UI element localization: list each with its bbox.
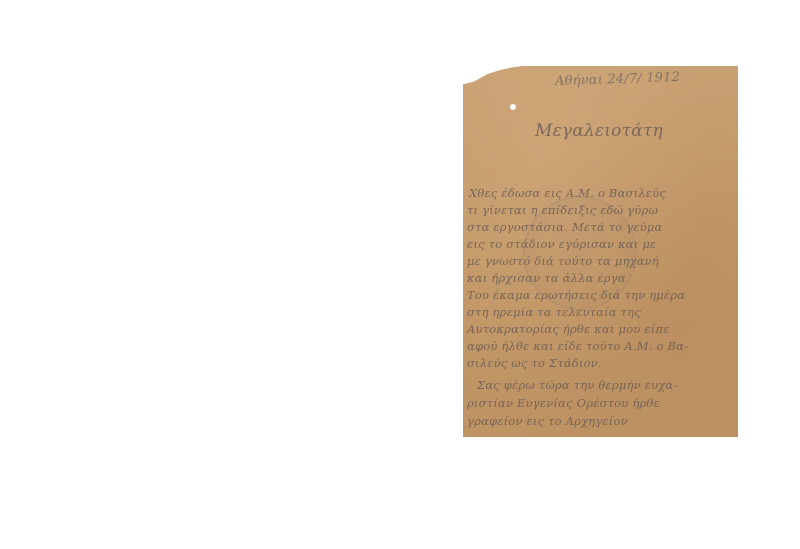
body-line: ριστίαν Ευγενίας Ορέστου ήρθε: [467, 396, 660, 410]
body-line: Χθες έδωσα εις Α.Μ. ο Βασιλεύς: [469, 186, 666, 200]
body-line: με γνωστό διά τούτο τα μηχανή: [467, 254, 659, 268]
body-line: και ήρχισαν τα άλλα έργα: [467, 271, 626, 285]
letter-paper: Αθήναι 24/7/ 1912 Μεγαλειοτάτη Χθες έδωσ…: [463, 66, 738, 437]
salutation: Μεγαλειοτάτη: [535, 121, 663, 141]
body-line: στη ηρεμία τα τελευταία της: [467, 305, 641, 319]
body-line: σιλεύς ως το Στάδιον.: [467, 356, 602, 370]
body-line: Αυτοκρατορίας ήρθε και μου είπε: [467, 322, 670, 336]
dateline: Αθήναι 24/7/ 1912: [555, 70, 681, 89]
body-line: στα εργοστάσια. Μετά το γεύμα: [467, 220, 663, 234]
body-line: Σας φέρω τώρα την θερμήν ευχα-: [477, 378, 677, 392]
body-line: τι γίνεται η επίδειξις εδώ γύρω: [467, 203, 658, 217]
body-line: Του έκαμα ερωτήσεις διά την ημέρα: [467, 288, 685, 302]
body-line: αφού ήλθε και είδε τούτο Α.Μ. ο Βα-: [467, 339, 688, 353]
punch-hole: [510, 104, 516, 110]
page-canvas: Αθήναι 24/7/ 1912 Μεγαλειοτάτη Χθες έδωσ…: [0, 0, 800, 549]
body-line: γραφείον εις το Αρχηγείον: [467, 414, 628, 428]
body-line: εις το στάδιον εγύρισαν και με: [467, 237, 656, 251]
